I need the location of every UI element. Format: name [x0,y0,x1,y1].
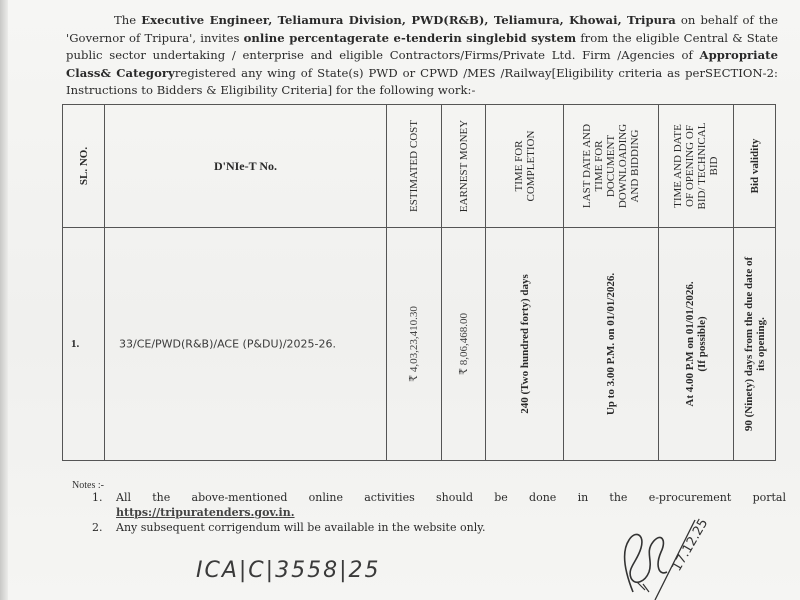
header-opening: TIME AND DATEOF OPENING OFBID/ TECHNICAL… [659,105,734,228]
header-bid-validity: Bid validity [734,105,776,228]
intro-text: The [114,13,141,27]
document-page: The Executive Engineer, Teliamura Divisi… [0,0,800,600]
scan-edge [0,0,8,600]
svg-text:17.12.25: 17.12.25 [669,516,711,574]
cell-earnest-money: ₹ 8,06,468.00 [442,228,486,461]
cell-dnit-no: 33/CE/PWD(R&B)/ACE (P&DU)/2025-26. [105,228,387,461]
header-dnit-no: D'NIe-T No. [105,105,387,228]
header-estimated-cost: ESTIMATED COST [387,105,442,228]
header-last-date: LAST DATE ANDTIME FORDOCUMENTDOWNLOADING… [564,105,659,228]
cell-last-date: Up to 3.00 P.M. on 01/01/2026. [564,228,659,461]
tender-table: SL. NO. D'NIe-T No. ESTIMATED COST EARNE… [62,104,776,461]
cell-opening: At 4.00 P.M on 01/01/2026.(If possible) [659,228,734,461]
portal-link[interactable]: https://tripuratenders.gov.in. [116,506,295,519]
issuing-authority: Executive Engineer, Teliamura Division, … [141,13,676,27]
tender-intro-paragraph: The Executive Engineer, Teliamura Divisi… [66,12,778,100]
cell-time-for-completion: 240 (Two hundred forty) days [486,228,564,461]
tender-system: online percentagerate e-tenderin singleb… [244,31,577,45]
cell-estimated-cost: ₹ 4,03,23,410.30 [387,228,442,461]
cell-bid-validity: 90 (Ninety) days from the due date ofits… [734,228,776,461]
header-earnest-money: EARNEST MONEY [442,105,486,228]
table-row: 1. 33/CE/PWD(R&B)/ACE (P&DU)/2025-26. ₹ … [63,228,776,461]
cell-sl-no: 1. [63,228,105,461]
handwritten-reference: ICA|C|3558|25 [196,558,380,583]
table-header-row: SL. NO. D'NIe-T No. ESTIMATED COST EARNE… [63,105,776,228]
header-time-for-completion: TIME FORCOMPLETION [486,105,564,228]
header-sl-no: SL. NO. [63,105,105,228]
note-item: 1. All the above-mentioned online activi… [92,490,786,505]
signature-icon: 17.12.25 [615,512,735,600]
